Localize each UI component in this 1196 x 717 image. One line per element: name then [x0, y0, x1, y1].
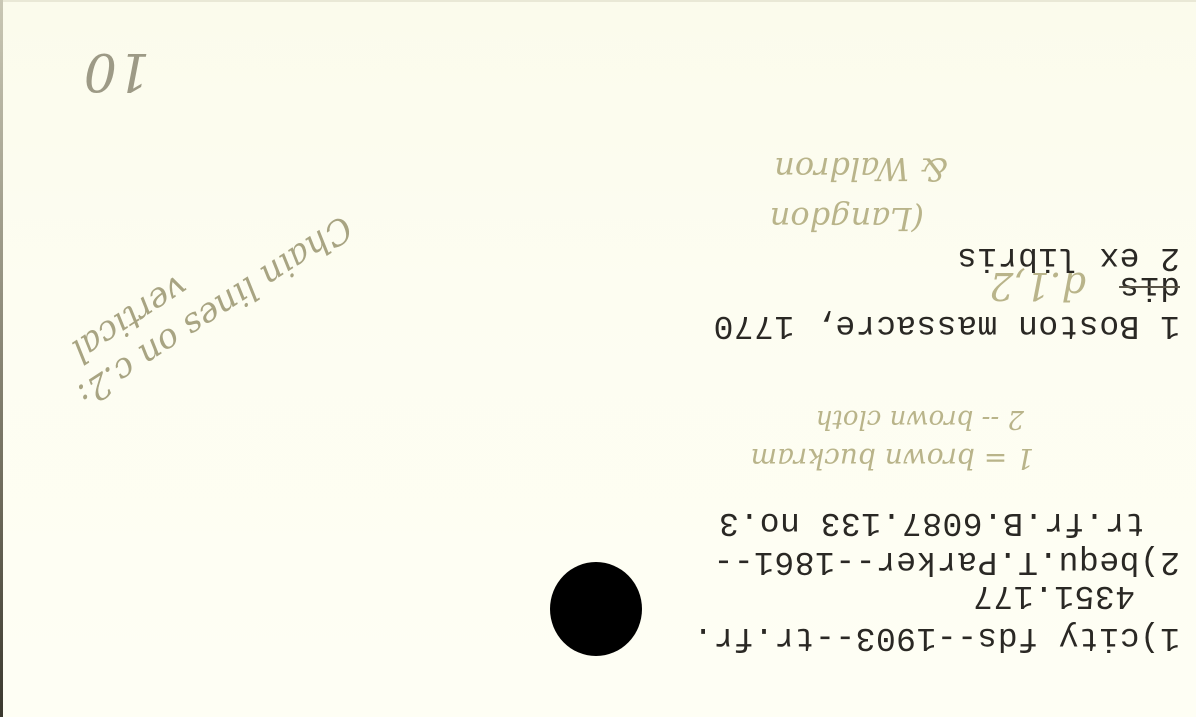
copy-2-accession: tr.fr.B.6087.133 no.3: [719, 506, 1145, 539]
binding-note-2: 2 -- brown cloth: [816, 406, 1024, 432]
names-note-2: & Waldron: [774, 153, 948, 185]
names-note-1: (Langdon: [770, 203, 924, 235]
binding-note-1: 1 = brown buckram: [751, 444, 1034, 472]
chain-lines-note: Chain lines on c.2: vertical: [45, 196, 396, 482]
subject-heading-1: 1 Boston massacre, 1770: [713, 309, 1180, 342]
copy-1-provenance: 1)city fds--1903--tr.fr.: [693, 621, 1180, 654]
copy-1-accession: 4351.177: [973, 579, 1135, 612]
copy-2-provenance: 2)bequ.T.Parker--1861--: [713, 545, 1180, 578]
catalog-card: 10 1)city fds--1903--tr.fr. 4351.177 2)b…: [0, 0, 1196, 717]
corner-number: 10: [84, 45, 150, 97]
subject-heading-2: 2 ex libris: [957, 241, 1180, 274]
punch-hole: [550, 562, 642, 656]
